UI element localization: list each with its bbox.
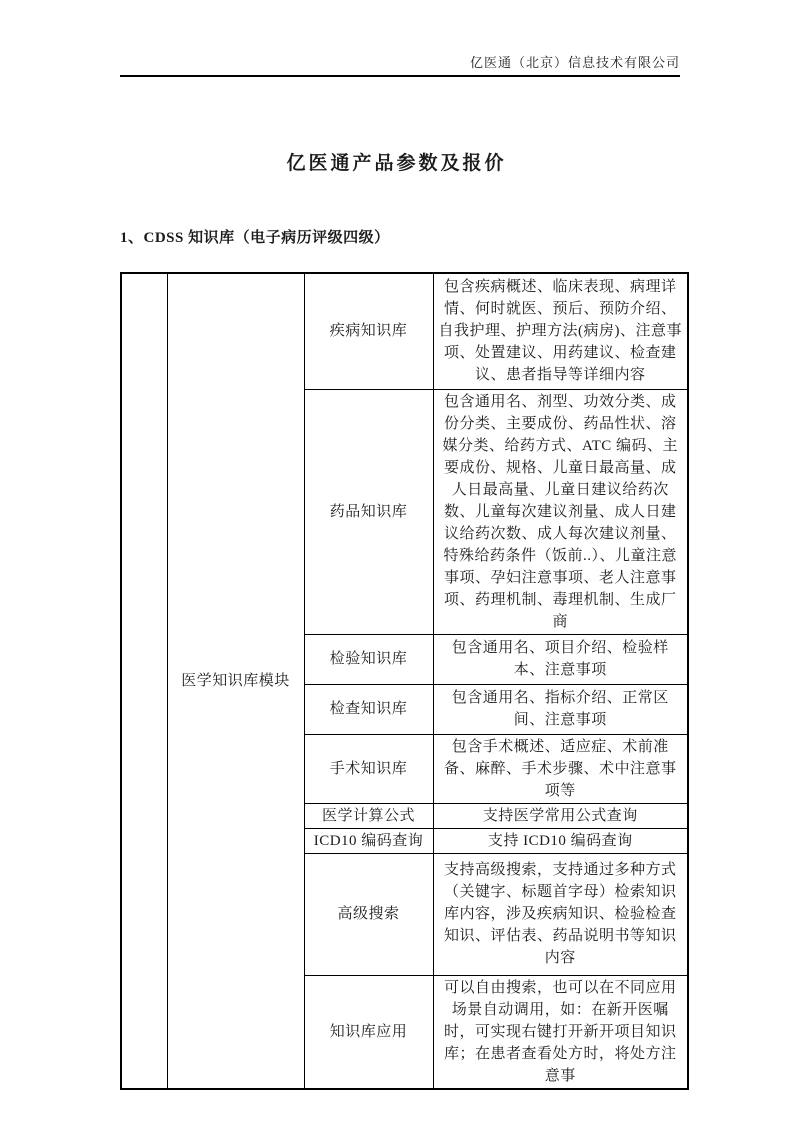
feature-desc-cell: 包含手术概述、适应症、术前准备、麻醉、手术步骤、术中注意事项等 — [433, 734, 688, 803]
feature-name-cell: 高级搜索 — [304, 853, 433, 975]
feature-desc-cell: 支持高级搜索，支持通过多种方式（关键字、标题首字母）检索知识库内容，涉及疾病知识… — [433, 853, 688, 975]
feature-desc-cell: 包含通用名、剂型、功效分类、成份分类、主要成份、药品性状、溶媒分类、给药方式、A… — [433, 389, 688, 634]
document-title: 亿医通产品参数及报价 — [0, 148, 793, 175]
feature-name-cell: 疾病知识库 — [304, 273, 433, 389]
page-header: 亿医通（北京）信息技术有限公司 — [120, 52, 680, 77]
table-row: 医学知识库模块 疾病知识库 包含疾病概述、临床表现、病理详情、何时就医、预后、预… — [121, 273, 688, 389]
feature-name-cell: 医学计算公式 — [304, 803, 433, 828]
module-label-cell: 医学知识库模块 — [167, 273, 304, 1089]
product-spec-table: 医学知识库模块 疾病知识库 包含疾病概述、临床表现、病理详情、何时就医、预后、预… — [120, 272, 689, 1090]
feature-desc-cell: 包含疾病概述、临床表现、病理详情、何时就医、预后、预防介绍、自我护理、护理方法(… — [433, 273, 688, 389]
feature-desc-cell: 支持 ICD10 编码查询 — [433, 828, 688, 853]
feature-name-cell: ICD10 编码查询 — [304, 828, 433, 853]
feature-desc-cell: 可以自由搜索，也可以在不同应用场景自动调用，如：在新开医嘱时，可实现右键打开新开… — [433, 975, 688, 1089]
feature-name-cell: 检查知识库 — [304, 684, 433, 734]
feature-desc-cell: 包含通用名、指标介绍、正常区间、注意事项 — [433, 684, 688, 734]
company-name: 亿医通（北京）信息技术有限公司 — [470, 55, 680, 70]
section-heading: 1、CDSS 知识库（电子病历评级四级） — [120, 226, 390, 247]
feature-desc-cell: 支持医学常用公式查询 — [433, 803, 688, 828]
feature-name-cell: 手术知识库 — [304, 734, 433, 803]
feature-name-cell: 药品知识库 — [304, 389, 433, 634]
feature-name-cell: 知识库应用 — [304, 975, 433, 1089]
feature-name-cell: 检验知识库 — [304, 634, 433, 684]
feature-desc-cell: 包含通用名、项目介绍、检验样本、注意事项 — [433, 634, 688, 684]
blank-cell — [121, 273, 167, 1089]
document-page: 亿医通（北京）信息技术有限公司 亿医通产品参数及报价 1、CDSS 知识库（电子… — [0, 0, 793, 1122]
